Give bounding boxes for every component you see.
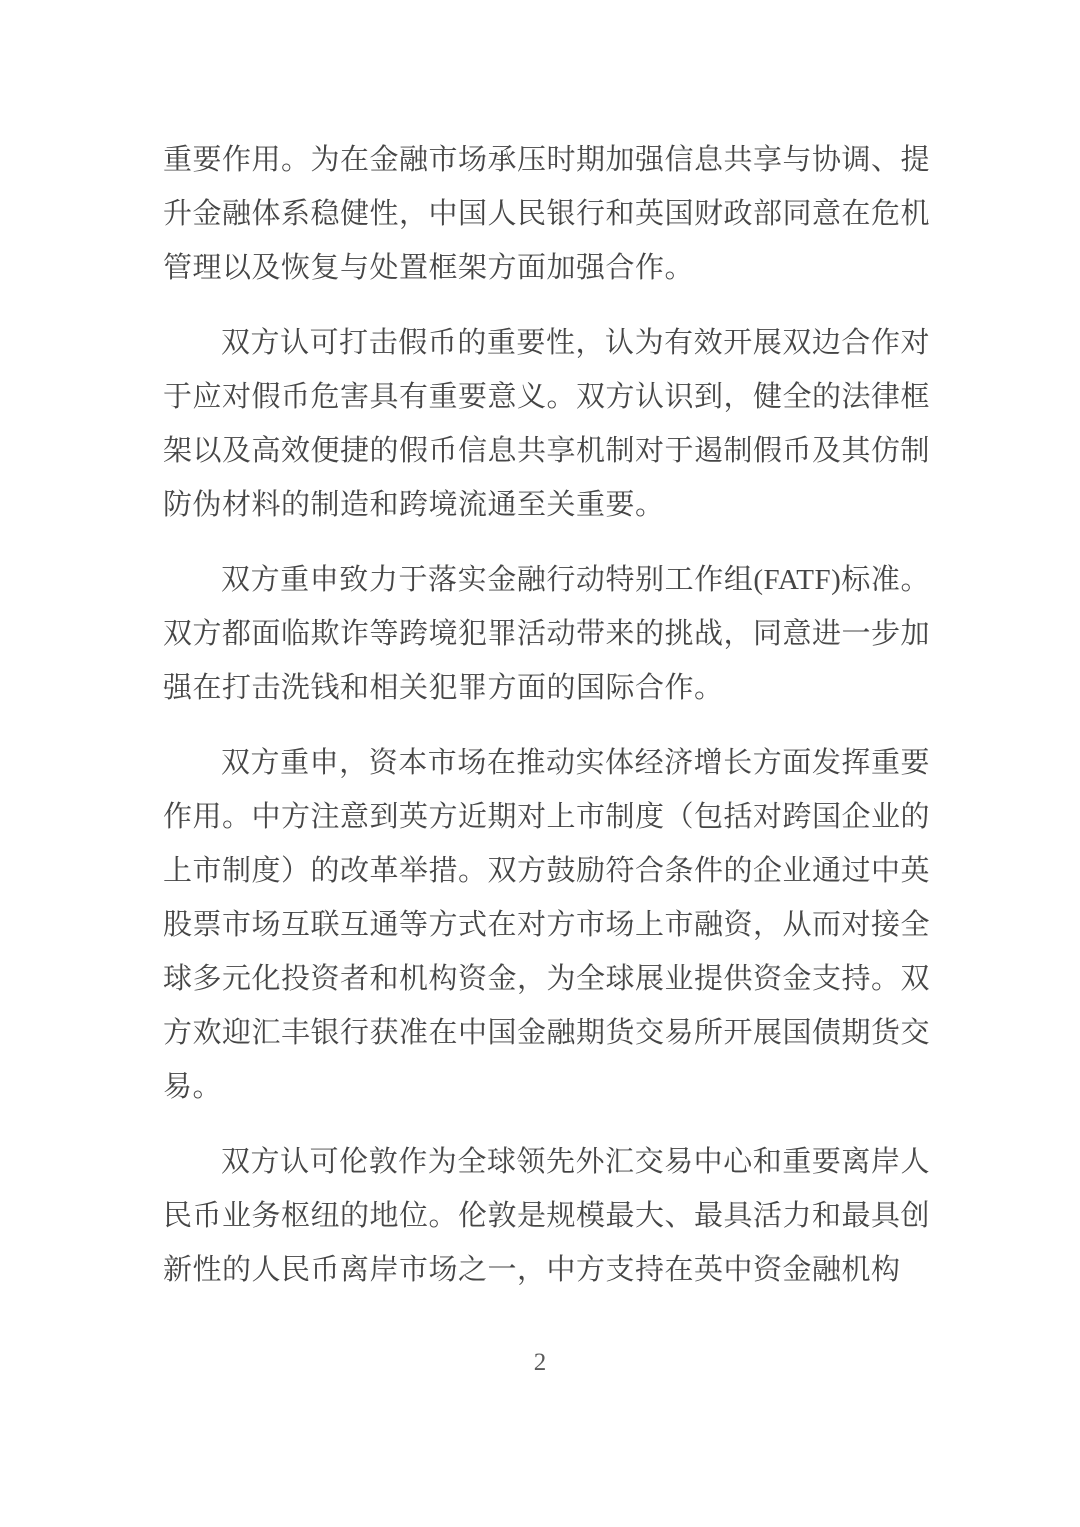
page-number: 2 — [534, 1349, 547, 1376]
paragraph: 双方重申致力于落实金融行动特别工作组(FATF)标准。双方都面临欺诈等跨境犯罪活… — [163, 553, 930, 715]
document-body: 重要作用。为在金融市场承压时期加强信息共享与协调、提升金融体系稳健性，中国人民银… — [163, 133, 930, 1297]
paragraph: 双方认可打击假币的重要性，认为有效开展双边合作对于应对假币危害具有重要意义。双方… — [163, 316, 930, 532]
paragraph: 重要作用。为在金融市场承压时期加强信息共享与协调、提升金融体系稳健性，中国人民银… — [163, 133, 930, 295]
page-footer: 2 — [0, 1348, 1080, 1378]
paragraph: 双方认可伦敦作为全球领先外汇交易中心和重要离岸人民币业务枢纽的地位。伦敦是规模最… — [163, 1135, 930, 1297]
document-page: 重要作用。为在金融市场承压时期加强信息共享与协调、提升金融体系稳健性，中国人民银… — [0, 0, 1080, 1527]
paragraph: 双方重申，资本市场在推动实体经济增长方面发挥重要作用。中方注意到英方近期对上市制… — [163, 736, 930, 1114]
